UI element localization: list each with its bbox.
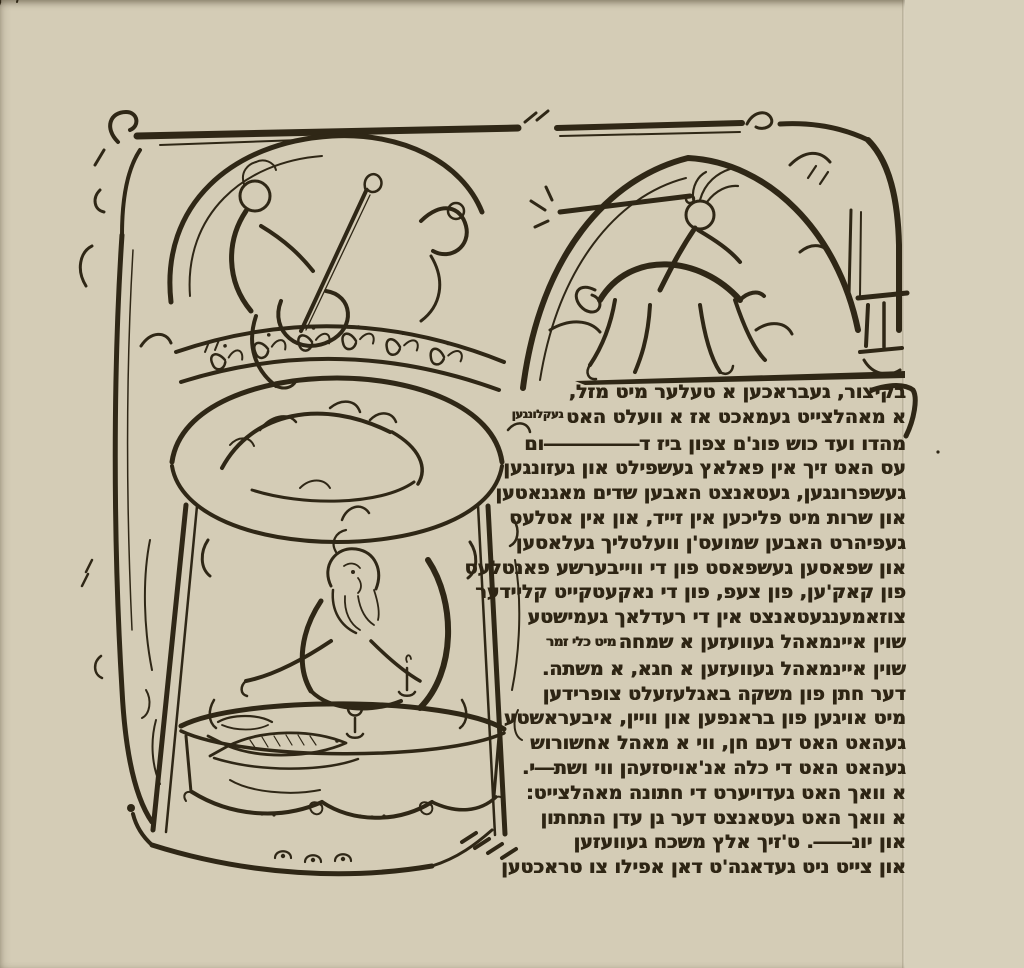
text-line: שוין איינמאהל געוועזען א חגא, א משתה. [502,657,906,682]
text-line: און צייט ניט געדאגה'ט דאן אפילו צו טראכט… [502,855,906,880]
goblet [346,708,364,738]
text-line: א וואך האט געטאנצט דער גן עדן התחתון [502,806,906,831]
bottom-ornament-trio [275,851,351,862]
banquet-table [181,655,504,818]
text-line: עס האט זיך אין פאלאץ געשפילט און געזונגע… [502,456,906,481]
text-line: מהדו ועד כוש פונ'ם צפון ביז ד―――――ום [502,432,906,457]
text-line: דער חתן פון משקה באגלעזעלט צופרידען [502,682,906,707]
text-line: און שפאסען געשפאסט פון די ווייבערשע פאנט… [502,556,906,581]
text-line: בקיצור, געבראכען א טעלער מיט מזל, [502,380,906,405]
rider-vignette [531,153,830,379]
text-line: און יונ――. ט'זיך אלץ משכח געוועזען [502,830,906,855]
text-line: געהאט האט די כלה אנ'אויסזעהן ווי ושת―י. [502,756,906,781]
text-line: א וואך האט געדויערט די חתונה מאהלצייט: [502,781,906,806]
superscript-word: געקלונגען [512,407,566,421]
text-line: געהאט האט דעם חן, ווי א מאהל אחשורוש [502,731,906,756]
text-line: געפיהרט האבען שמועס'ן וועלטליך געלאסען [502,531,906,556]
ornament-band [0,0,504,390]
text-line: געשפרונגען, געטאנצט האבען שדים מאגנאטען [502,481,906,506]
text-line: פון קאק'ען, פון צעפ, פון די נאקעטקייט קל… [502,580,906,605]
text-line: און שרות מיט פליכען אין זייד, און אין אט… [502,506,906,531]
condensed-word: מיט כלי זמר [546,634,619,650]
text-line: שוין איינמאהל געוועזען א שמחהמיט כלי זמר [502,630,906,657]
text-line: א מאהלצייט געמאכט אז א וועלט האטגעקלונגע… [502,405,906,432]
text-line: צוזאמענגעטאנצט אין די רעדלאך געמישטע [502,605,906,630]
text-line: מיט אויגען פון בראנפען און וויין, איבערא… [502,706,906,731]
canopy-panel [142,378,530,835]
yiddish-text-column: בקיצור, געבראכען א טעלער מיט מזל, א מאהל… [502,380,906,880]
